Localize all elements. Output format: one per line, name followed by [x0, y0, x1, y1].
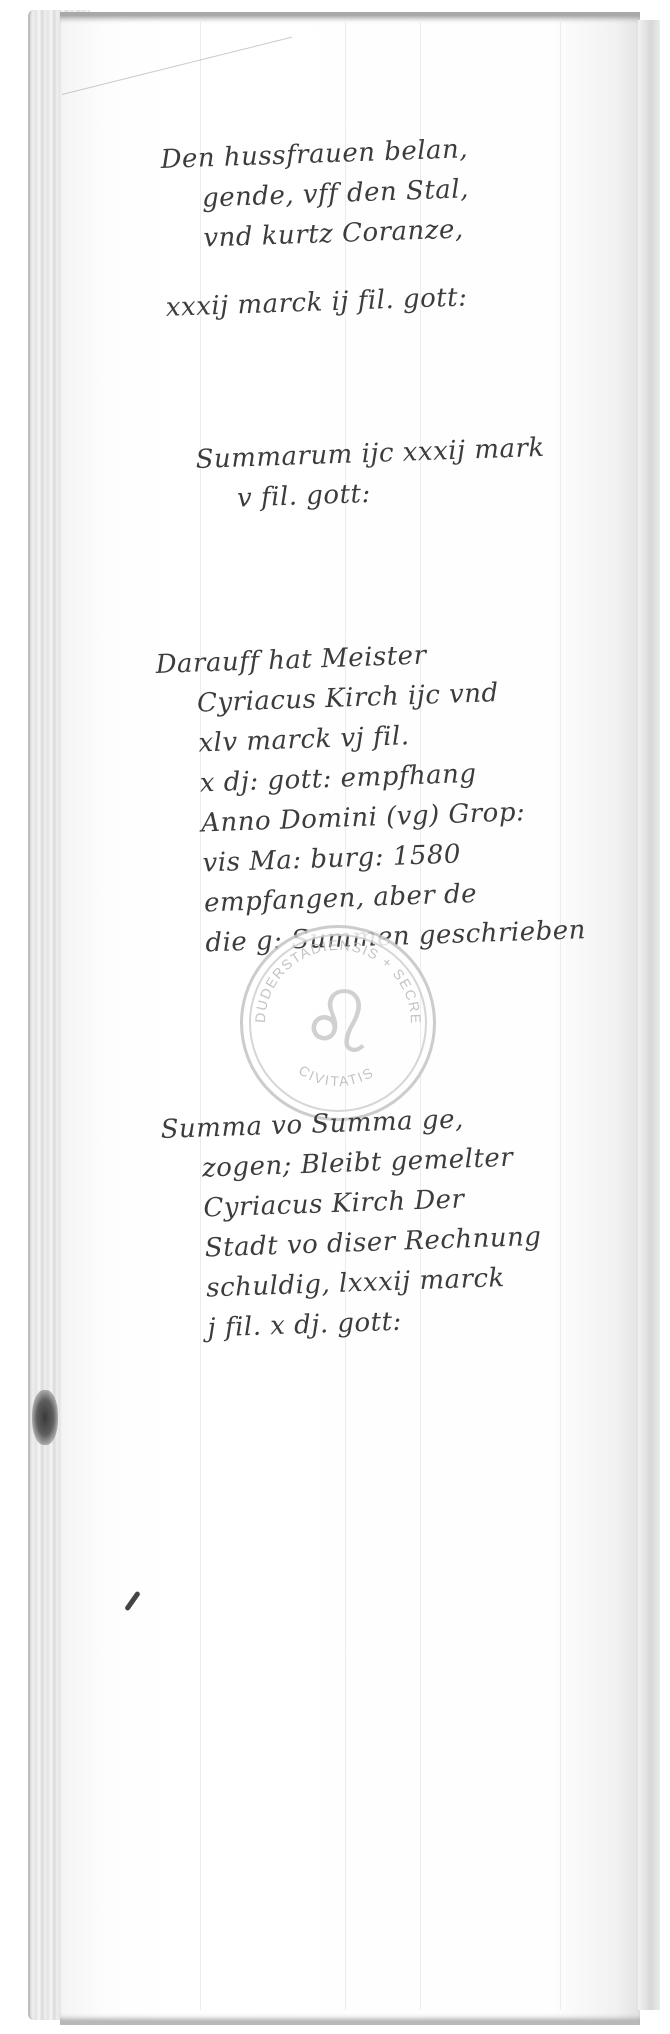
entry-3: Darauff hat Meister Cyriacus Kirch ijc v…	[155, 628, 646, 965]
manuscript-scan: Den hussfrauen belan, gende, vff den Sta…	[0, 0, 670, 2034]
entry-4: Summa vo Summa ge, zogen; Bleibt gemelte…	[160, 1093, 648, 1350]
ink-blot	[32, 1390, 58, 1445]
page-right-edge	[638, 20, 660, 2010]
paper-crease	[560, 20, 561, 2010]
entry-2: Summarum ijc xxxij mark v fil. gott:	[195, 423, 670, 520]
lion-icon: ♌	[288, 973, 388, 1073]
archive-stamp: DUDERSTADIENSIS + SECRETUM CIVITATIS ♌	[240, 925, 436, 1121]
entry-1: Den hussfrauen belan, gende, vff den Sta…	[160, 123, 646, 328]
